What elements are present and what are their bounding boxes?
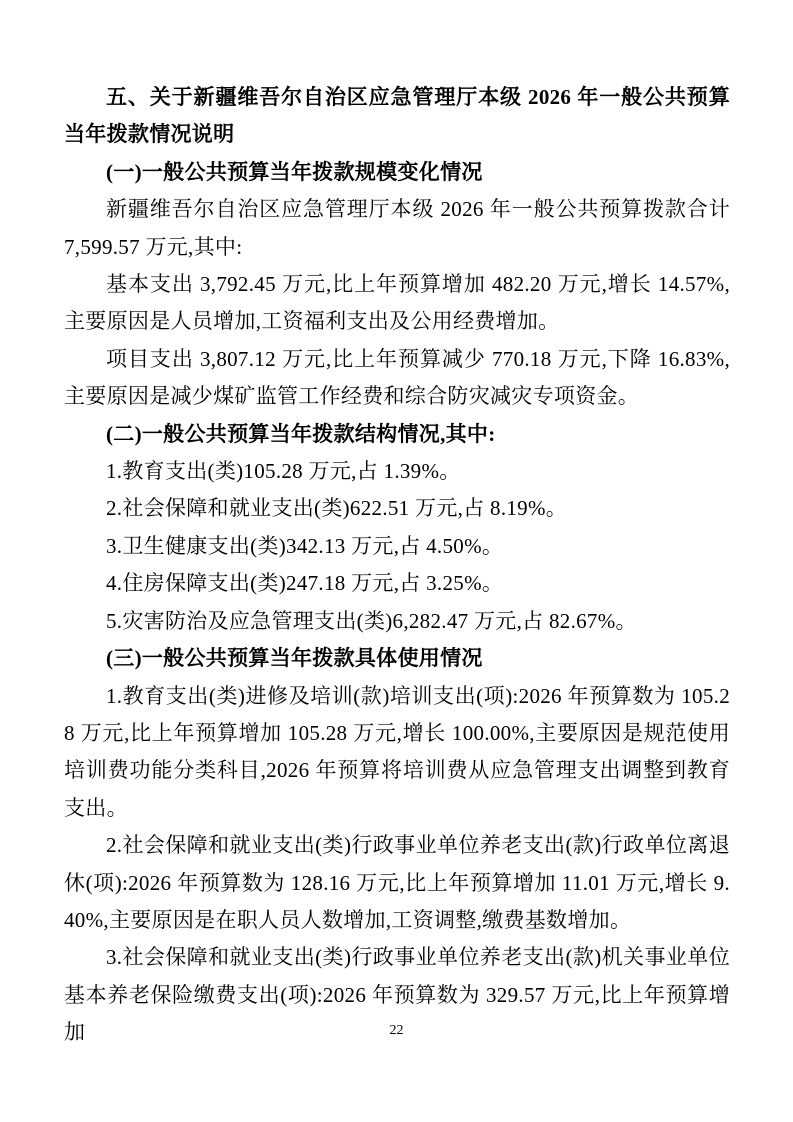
document-content: 五、关于新疆维吾尔自治区应急管理厅本级 2026 年一般公共预算当年拨款情况说明…	[64, 79, 730, 1052]
section-2-item-education: 1.教育支出(类)105.28 万元,占 1.39%。	[64, 453, 730, 490]
section-2-heading: (二)一般公共预算当年拨款结构情况,其中:	[64, 416, 730, 453]
section-3-item-training: 1.教育支出(类)进修及培训(款)培训支出(项):2026 年预算数为 105.…	[64, 678, 730, 828]
section-1-paragraph-total: 新疆维吾尔自治区应急管理厅本级 2026 年一般公共预算拨款合计 7,599.5…	[64, 191, 730, 266]
section-2-item-social-security: 2.社会保障和就业支出(类)622.51 万元,占 8.19%。	[64, 490, 730, 527]
section-2-item-disaster-emergency: 5.灾害防治及应急管理支出(类)6,282.47 万元,占 82.67%。	[64, 603, 730, 640]
document-page: 五、关于新疆维吾尔自治区应急管理厅本级 2026 年一般公共预算当年拨款情况说明…	[0, 0, 793, 1122]
section-3-heading: (三)一般公共预算当年拨款具体使用情况	[64, 640, 730, 677]
section-2-item-housing: 4.住房保障支出(类)247.18 万元,占 3.25%。	[64, 565, 730, 602]
page-number: 22	[0, 1022, 793, 1040]
document-title: 五、关于新疆维吾尔自治区应急管理厅本级 2026 年一般公共预算当年拨款情况说明	[64, 79, 730, 154]
section-1-heading: (一)一般公共预算当年拨款规模变化情况	[64, 154, 730, 191]
section-1-paragraph-basic-expenditure: 基本支出 3,792.45 万元,比上年预算增加 482.20 万元,增长 14…	[64, 266, 730, 341]
section-2-item-health: 3.卫生健康支出(类)342.13 万元,占 4.50%。	[64, 528, 730, 565]
section-3-item-retirement: 2.社会保障和就业支出(类)行政事业单位养老支出(款)行政单位离退休(项):20…	[64, 827, 730, 939]
section-1-paragraph-project-expenditure: 项目支出 3,807.12 万元,比上年预算减少 770.18 万元,下降 16…	[64, 341, 730, 416]
